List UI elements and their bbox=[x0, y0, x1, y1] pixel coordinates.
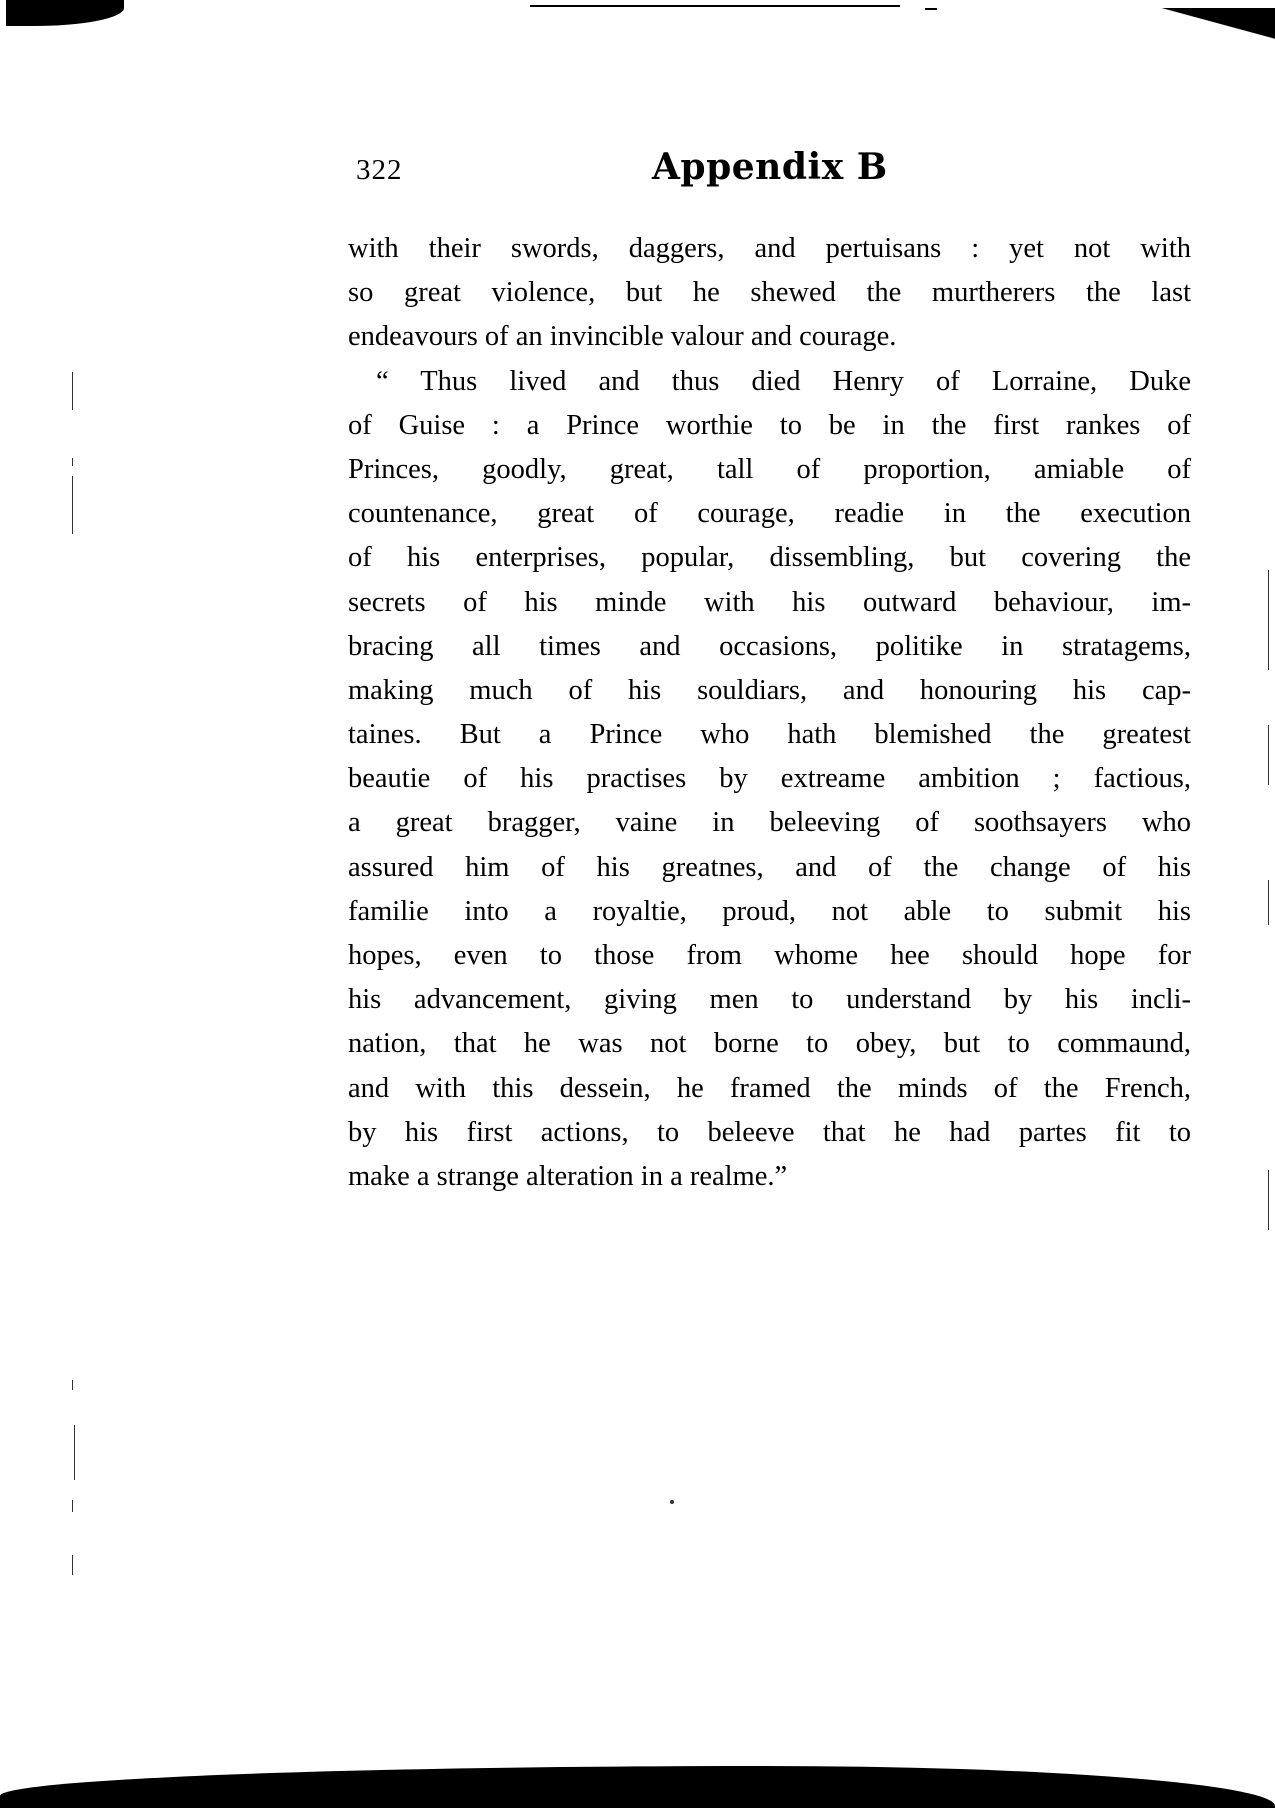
margin-mark bbox=[1268, 1170, 1269, 1230]
text-line: with their swords, daggers, and pertuisa… bbox=[348, 227, 1191, 271]
text-line: bracing all times and occasions, politik… bbox=[348, 625, 1191, 669]
margin-mark bbox=[1268, 725, 1269, 785]
scan-edge-bottom bbox=[0, 1766, 1275, 1812]
running-head: Appendix B bbox=[652, 146, 888, 188]
margin-mark bbox=[72, 476, 73, 534]
text-line: so great violence, but he shewed the mur… bbox=[348, 271, 1191, 315]
margin-mark bbox=[74, 1425, 75, 1480]
margin-mark bbox=[1268, 570, 1269, 670]
text-line: his advancement, giving men to understan… bbox=[348, 978, 1191, 1022]
text-line: hopes, even to those from whome hee shou… bbox=[348, 934, 1191, 978]
text-line: endeavours of an invincible valour and c… bbox=[348, 315, 1191, 359]
text-line: countenance, great of courage, readie in… bbox=[348, 492, 1191, 536]
speck bbox=[670, 1500, 674, 1504]
page-number: 322 bbox=[356, 154, 403, 187]
scanned-page: 322 Appendix B with their swords, dagger… bbox=[0, 0, 1275, 1812]
text-line: beautie of his practises by extreame amb… bbox=[348, 757, 1191, 801]
text-line: secrets of his minde with his outward be… bbox=[348, 581, 1191, 625]
text-line: make a strange alteration in a realme.” bbox=[348, 1155, 1191, 1199]
scan-edge-top-left bbox=[6, 0, 124, 26]
text-line: “ Thus lived and thus died Henry of Lorr… bbox=[348, 360, 1191, 404]
text-line: and with this dessein, he framed the min… bbox=[348, 1067, 1191, 1111]
scan-edge-top-line bbox=[530, 5, 900, 7]
text-line: Princes, goodly, great, tall of proporti… bbox=[348, 448, 1191, 492]
page-header: 322 Appendix B bbox=[352, 152, 1052, 202]
text-line: of his enterprises, popular, dissembling… bbox=[348, 536, 1191, 580]
margin-mark bbox=[72, 1380, 73, 1390]
scan-edge-top-dash bbox=[925, 8, 937, 10]
text-line: taines. But a Prince who hath blemished … bbox=[348, 713, 1191, 757]
text-line: familie into a royaltie, proud, not able… bbox=[348, 890, 1191, 934]
scan-edge-top-right bbox=[1135, 8, 1275, 46]
text-line: making much of his souldiars, and honour… bbox=[348, 669, 1191, 713]
margin-mark bbox=[72, 458, 73, 466]
margin-mark bbox=[1268, 880, 1269, 925]
scan-edge-bottom-gap bbox=[0, 1808, 1275, 1812]
text-line: of Guise : a Prince worthie to be in the… bbox=[348, 404, 1191, 448]
text-line: assured him of his greatnes, and of the … bbox=[348, 846, 1191, 890]
body-text: with their swords, daggers, and pertuisa… bbox=[348, 227, 1191, 1199]
text-line: by his first actions, to beleeve that he… bbox=[348, 1111, 1191, 1155]
margin-mark bbox=[72, 1500, 73, 1512]
text-line: nation, that he was not borne to obey, b… bbox=[348, 1022, 1191, 1066]
margin-mark bbox=[72, 372, 73, 410]
margin-mark bbox=[72, 1555, 73, 1575]
text-line: a great bragger, vaine in beleeving of s… bbox=[348, 801, 1191, 845]
